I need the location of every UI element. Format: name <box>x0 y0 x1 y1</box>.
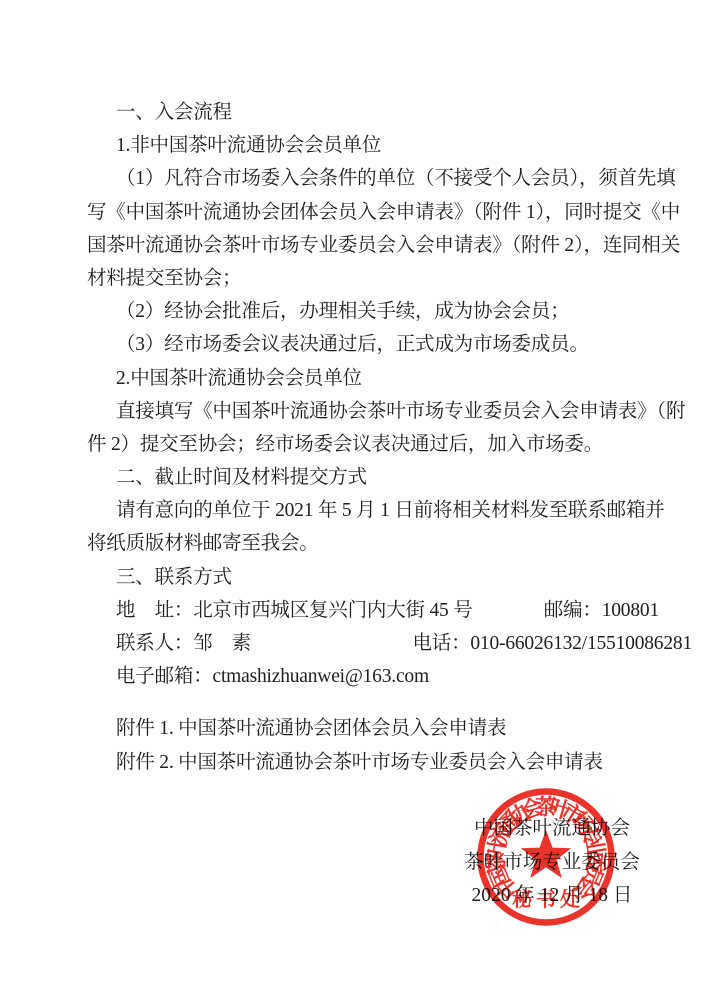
contact-email: 电子邮箱：ctmashizhuanwei@163.com <box>87 660 640 693</box>
signature-org-line-2: 茶叶市场专业委员会 <box>412 846 692 880</box>
body-line: 材料提交至协会； <box>87 262 640 295</box>
body-line: 写《中国茶叶流通协会团体会员入会申请表》（附件 1），同时提交《中 <box>87 196 640 229</box>
section-heading-1: 一、入会流程 <box>87 96 640 129</box>
signature-block: 中国茶叶流通协会 茶叶市场专业委员会 2020 年 12 月 18 日 <box>412 812 692 913</box>
paragraph-gap <box>87 693 663 712</box>
contact-postcode: 邮编：100801 <box>544 594 659 627</box>
subsection-2-title: 2.中国茶叶流通协会会员单位 <box>87 362 640 395</box>
signature-date: 2020 年 12 月 18 日 <box>412 879 692 913</box>
contact-address: 地 址：北京市西城区复兴门内大街 45 号 <box>116 594 473 627</box>
document-page: 一、入会流程 1.非中国茶叶流通协会会员单位 （1）凡符合市场委入会条件的单位（… <box>0 0 707 1000</box>
contact-phone: 电话：010-66026132/15510086281 <box>412 627 692 660</box>
contact-person: 联系人：邹 素 <box>116 627 251 660</box>
body-line: 将纸质版材料邮寄至我会。 <box>87 527 640 560</box>
body-line: 国茶叶流通协会茶叶市场专业委员会入会申请表》（附件 2），连同相关 <box>87 229 640 262</box>
signature-org-line-1: 中国茶叶流通协会 <box>412 812 692 846</box>
body-line: 请有意向的单位于 2021 年 5 月 1 日前将相关材料发至联系邮箱并 <box>87 494 640 527</box>
body-line: （1）凡符合市场委入会条件的单位（不接受个人会员），须首先填 <box>87 162 640 195</box>
subsection-1-title: 1.非中国茶叶流通协会会员单位 <box>87 129 640 162</box>
body-line: （3）经市场委会议表决通过后，正式成为市场委成员。 <box>87 328 640 361</box>
body-line: 直接填写《中国茶叶流通协会茶叶市场专业委员会入会申请表》（附 <box>87 395 640 428</box>
section-heading-2: 二、截止时间及材料提交方式 <box>87 461 640 494</box>
attachment-2: 附件 2. 中国茶叶流通协会茶叶市场专业委员会入会申请表 <box>87 746 640 779</box>
body-line: 件 2）提交至协会；经市场委会议表决通过后，加入市场委。 <box>87 428 640 461</box>
body-line: （2）经协会批准后，办理相关手续，成为协会会员； <box>87 295 640 328</box>
attachment-1: 附件 1. 中国茶叶流通协会团体会员入会申请表 <box>87 712 640 745</box>
document-body: 一、入会流程 1.非中国茶叶流通协会会员单位 （1）凡符合市场委入会条件的单位（… <box>87 96 663 779</box>
section-heading-3: 三、联系方式 <box>87 561 640 594</box>
contact-person-line: 联系人：邹 素 电话：010-66026132/15510086281 <box>87 627 692 660</box>
contact-address-line: 地 址：北京市西城区复兴门内大街 45 号 邮编：100801 <box>87 594 659 627</box>
